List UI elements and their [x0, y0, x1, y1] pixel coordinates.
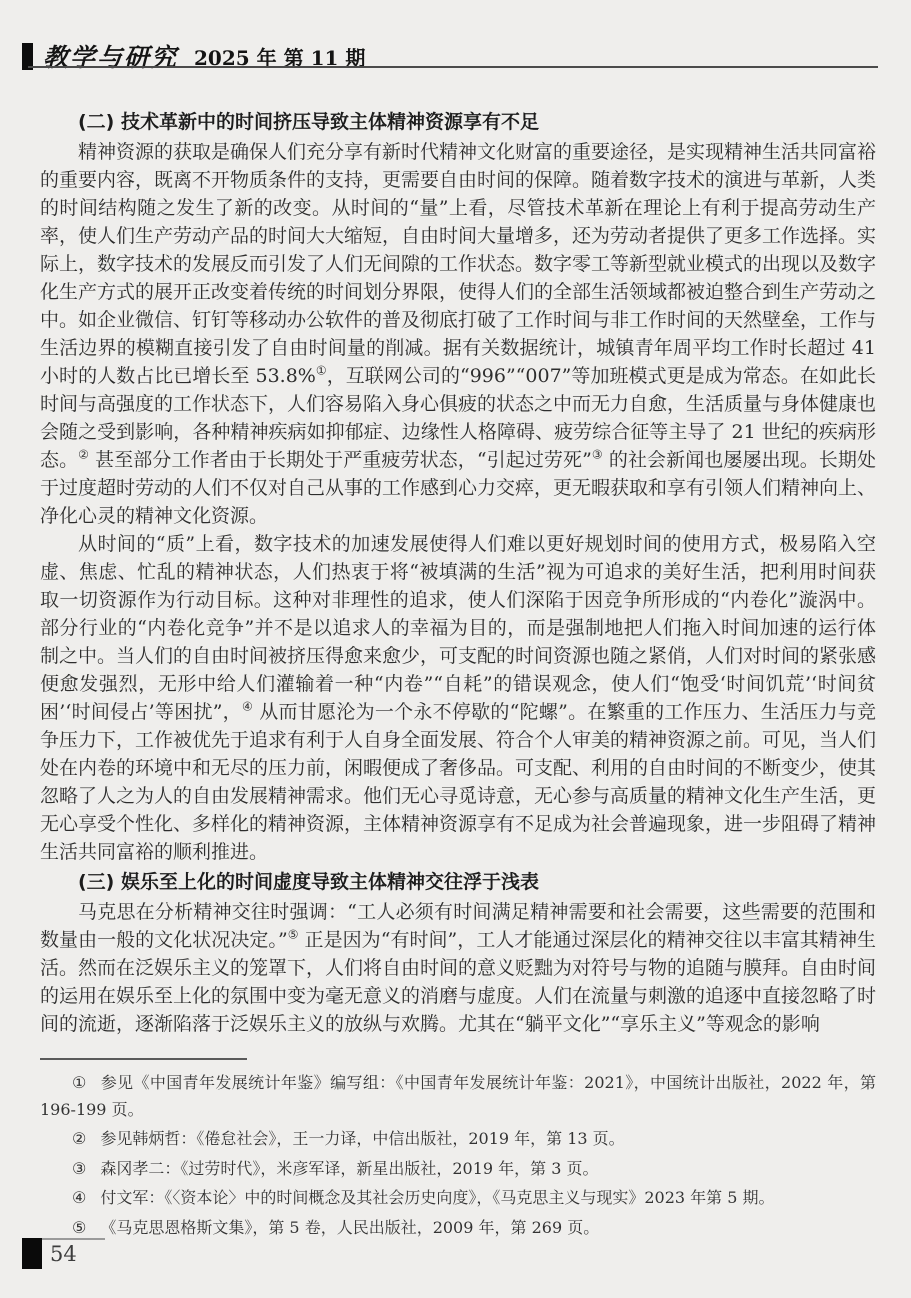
section-heading: (二) 技术革新中的时间挤压导致主体精神资源享有不足 — [40, 106, 876, 138]
footnote-item: ③森冈孝二：《过劳时代》，米彦军译，新星出版社，2019 年，第 3 页。 — [40, 1156, 876, 1183]
footnote-number: ① — [72, 1073, 87, 1092]
paragraph-text: (三) 娱乐至上化的时间虚度导致主体精神交往浮于浅表 — [78, 871, 539, 893]
footnote-number: ② — [72, 1129, 86, 1148]
body-paragraph: 精神资源的获取是确保人们充分享有新时代精神文化财富的重要途径，是实现精神生活共同… — [40, 138, 876, 530]
article-body: (二) 技术革新中的时间挤压导致主体精神资源享有不足精神资源的获取是确保人们充分… — [40, 106, 876, 1038]
footnote-separator — [40, 1058, 247, 1060]
body-paragraph: 从时间的“质”上看，数字技术的加速发展使得人们难以更好规划时间的使用方式，极易陷… — [40, 530, 876, 866]
footnote-number: ④ — [72, 1188, 86, 1207]
footnote-text: 参见韩炳哲：《倦怠社会》，王一力译，中信出版社，2019 年，第 13 页。 — [100, 1129, 624, 1148]
footnote-item: ④付文军：《〈资本论〉中的时间概念及其社会历史向度》，《马克思主义与现实》202… — [40, 1185, 876, 1212]
page-number-line — [42, 1238, 105, 1240]
footnote-marker: ① — [316, 364, 327, 378]
footnote-text: 森冈孝二：《过劳时代》，米彦军译，新星出版社，2019 年，第 3 页。 — [100, 1159, 598, 1178]
footnote-number: ③ — [72, 1159, 86, 1178]
footnote-text: 付文军：《〈资本论〉中的时间概念及其社会历史向度》，《马克思主义与现实》2023… — [100, 1188, 774, 1207]
footnote-list: ①参见《中国青年发展统计年鉴》编写组：《中国青年发展统计年鉴：2021》，中国统… — [40, 1070, 876, 1244]
footnote-item: ②参见韩炳哲：《倦怠社会》，王一力译，中信出版社，2019 年，第 13 页。 — [40, 1126, 876, 1153]
page-footer: 54 — [22, 1236, 222, 1276]
header-rule — [28, 66, 878, 68]
paragraph-text: 甚至部分工作者由于长期处于严重疲劳状态，“引起过劳死” — [89, 449, 592, 471]
paragraph-text: 从时间的“质”上看，数字技术的加速发展使得人们难以更好规划时间的使用方式，极易陷… — [40, 533, 876, 723]
section-heading: (三) 娱乐至上化的时间虚度导致主体精神交往浮于浅表 — [40, 866, 876, 898]
footnote-item: ①参见《中国青年发展统计年鉴》编写组：《中国青年发展统计年鉴：2021》，中国统… — [40, 1070, 876, 1123]
paragraph-text: 精神资源的获取是确保人们充分享有新时代精神文化财富的重要途径，是实现精神生活共同… — [40, 141, 876, 387]
footnote-text: 参见《中国青年发展统计年鉴》编写组：《中国青年发展统计年鉴：2021》，中国统计… — [40, 1073, 876, 1119]
page-number: 54 — [50, 1242, 77, 1266]
footnote-marker: ⑤ — [288, 928, 299, 942]
journal-page: 教学与研究2025 年 第 11 期 (二) 技术革新中的时间挤压导致主体精神资… — [0, 0, 911, 1298]
footnote-text: 《马克思恩格斯文集》，第 5 卷，人民出版社，2009 年，第 269 页。 — [100, 1218, 599, 1237]
body-paragraph: 马克思在分析精神交往时强调：“工人必须有时间满足精神需要和社会需要，这些需要的范… — [40, 898, 876, 1038]
paragraph-text: 从而甘愿沦为一个永不停歇的“陀螺”。在繁重的工作压力、生活压力与竞争压力下，工作… — [40, 701, 876, 863]
footnote-number: ⑤ — [72, 1218, 86, 1237]
footnote-marker: ② — [78, 448, 89, 462]
paragraph-text: (二) 技术革新中的时间挤压导致主体精神资源享有不足 — [78, 111, 539, 133]
footnote-marker: ③ — [592, 448, 603, 462]
page-number-block — [22, 1238, 42, 1269]
footnote-marker: ④ — [242, 700, 253, 714]
page-header: 教学与研究2025 年 第 11 期 — [22, 38, 880, 68]
